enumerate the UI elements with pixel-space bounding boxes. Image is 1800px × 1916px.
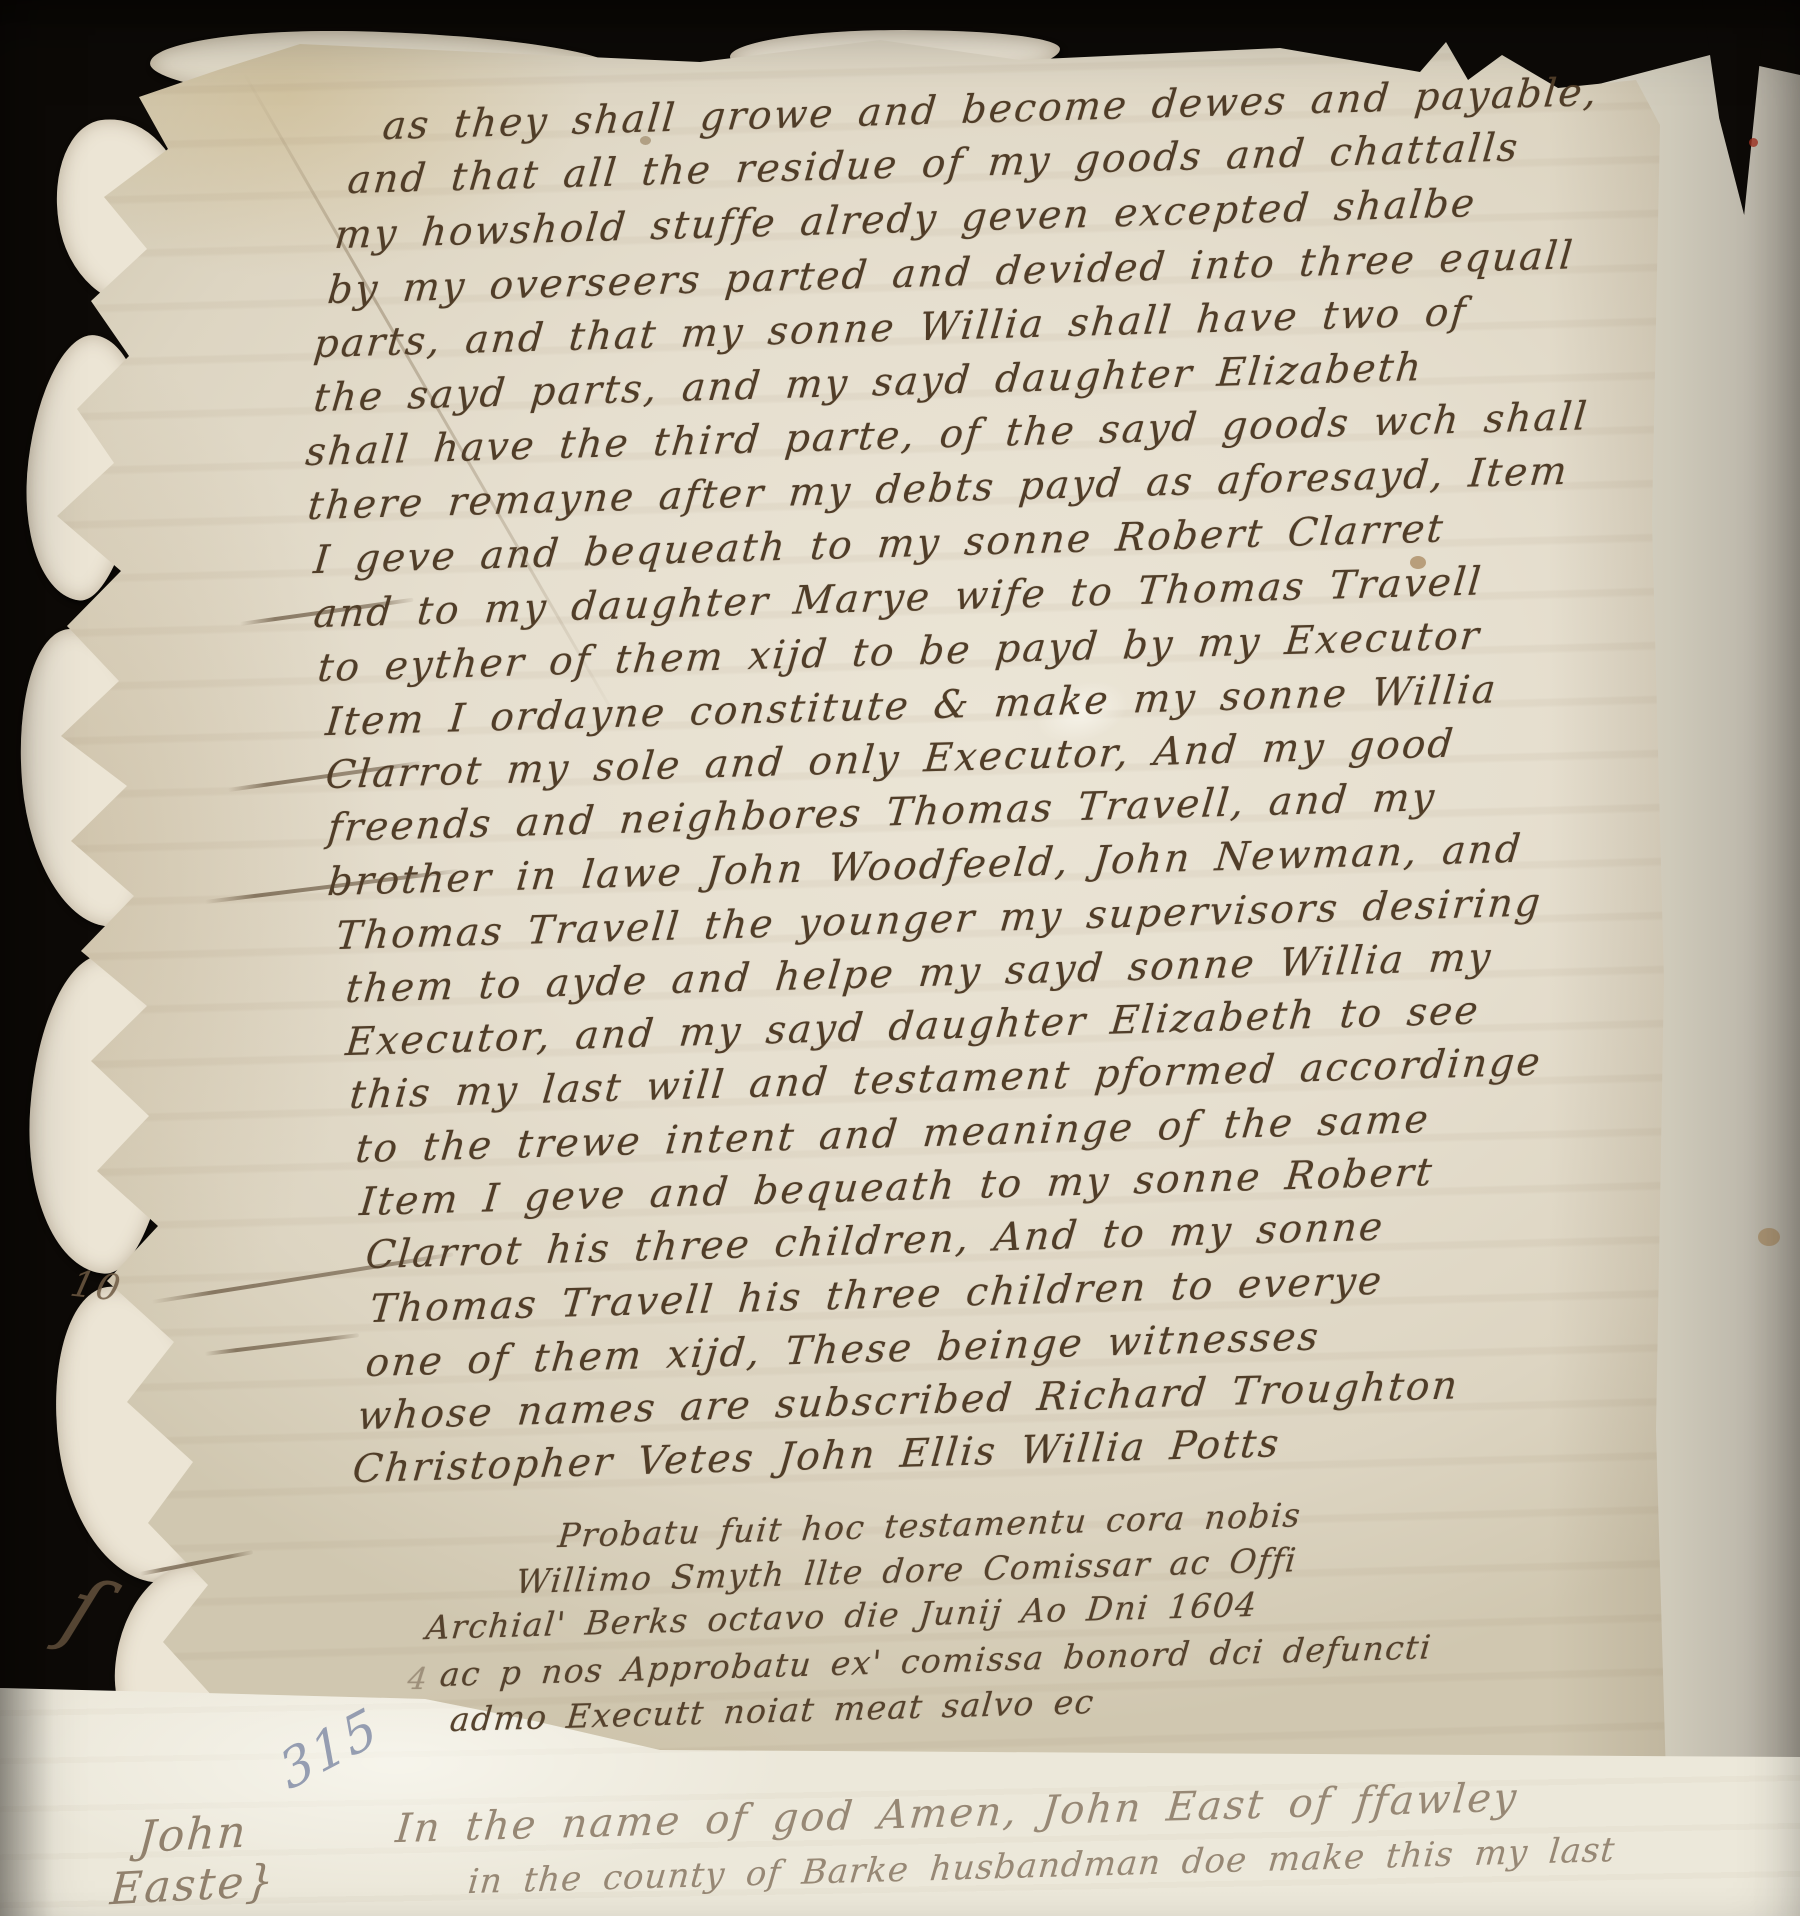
handwriting-layer: as they shall growe and become dewes and… [0, 0, 1800, 1916]
margin-mark: ſ [51, 1560, 119, 1660]
margin-mark: 10 [67, 1264, 126, 1309]
archival-manuscript-photo: as they shall growe and become dewes and… [0, 0, 1800, 1916]
fragment-margin-mark: Easte} [108, 1855, 277, 1915]
fragment-margin-mark: John [136, 1806, 249, 1863]
margin-mark: 4 [406, 1662, 432, 1697]
fragment-margin-mark: 315 [272, 1696, 387, 1802]
